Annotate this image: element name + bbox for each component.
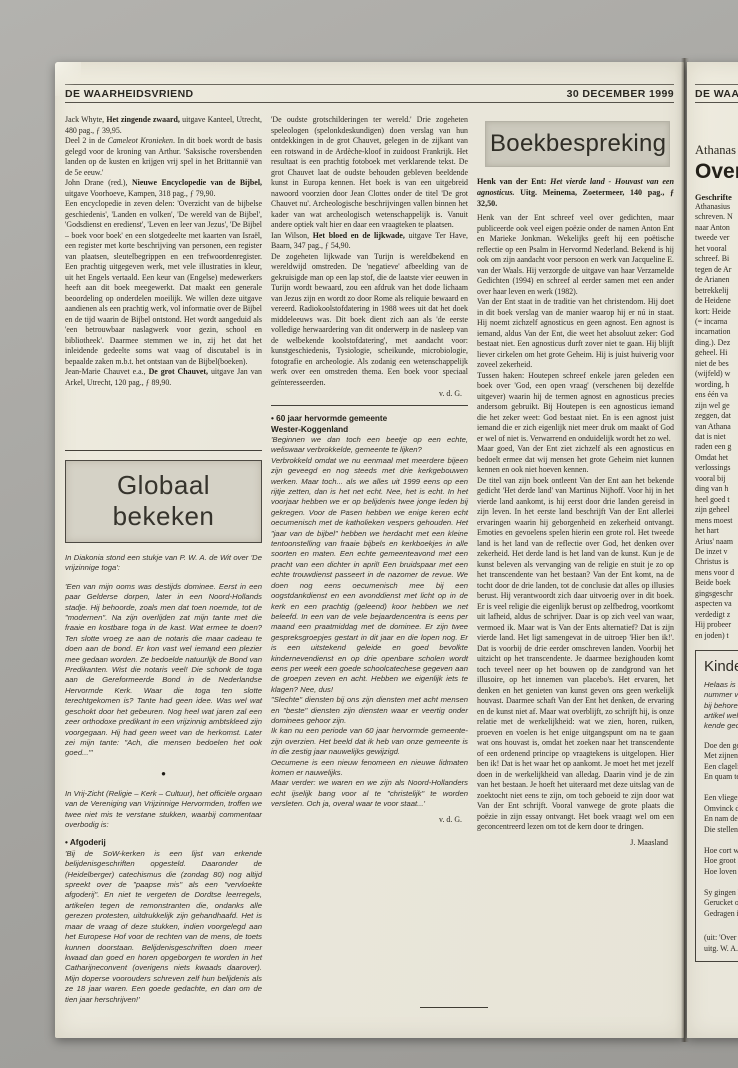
book-entry: Jean-Marie Chauvet e.a., De grot Chauvet…	[65, 367, 262, 388]
article-title-partial: Over	[695, 160, 738, 184]
column-layout: Jack Whyte, Het zingende zwaard, uitgave…	[65, 115, 674, 1005]
entry-author: Jack Whyte,	[65, 115, 106, 124]
globaal-between: In Vrij-Zicht (Religie – Kerk – Cultuur)…	[65, 789, 262, 831]
book-entry: Ian Wilson, Het bloed en de lijkwade, ui…	[271, 231, 468, 252]
kinder-box: Kinder-r Helaas is bi nummer van bij beh…	[695, 650, 738, 962]
reviewer-initials: v. d. G.	[271, 388, 468, 399]
column-whitespace	[65, 388, 262, 444]
dot-separator: ●	[65, 769, 262, 779]
review-paragraph: Een encyclopedie in zeven delen: 'Overzi…	[65, 199, 262, 367]
entry-author: John Drane (red.),	[65, 178, 132, 187]
entry-title: Het zingende zwaard,	[106, 115, 180, 124]
column-2: 'De oudste grotschilderingen ter wereld.…	[271, 115, 468, 1005]
issue-date: 30 DECEMBER 1999	[567, 88, 674, 100]
article-lead: Geschrifte	[695, 193, 738, 202]
review-paragraph: De zogeheten lijkwade van Turijn is were…	[271, 252, 468, 389]
review-body: Henk van der Ent schreef veel over gedic…	[477, 213, 674, 833]
gemeente-quote: 'Beginnen we dan toch een beetje op een …	[271, 435, 468, 810]
subsection-title-afgoderij: • Afgoderij	[65, 838, 262, 849]
article-overline: Athanas	[695, 143, 738, 158]
review-paragraph: 'De oudste grotschilderingen ter wereld.…	[271, 115, 468, 231]
reviewed-book-citation: Henk van der Ent: Het vierde land - Houv…	[477, 177, 674, 209]
book-author: Henk van der Ent:	[477, 177, 550, 186]
newspaper-page-left: DE WAARHEIDSVRIEND 30 DECEMBER 1999 Jack…	[55, 62, 684, 1038]
page2-column: Athanas Over Geschrifte Athanasius schre…	[695, 143, 738, 962]
poem-clipped: Doe den gec Met zijnen w Een clagelijc E…	[704, 741, 738, 920]
publication-title: DE WAARHEIDSVRIEND	[65, 88, 194, 100]
review-paragraph: Deel 2 in de Cameleot Kronieken. In dit …	[65, 136, 262, 178]
globaal-intro: In Diakonia stond een stukje van P. W. A…	[65, 553, 262, 574]
column-1: Jack Whyte, Het zingende zwaard, uitgave…	[65, 115, 262, 1005]
box-title-partial: Kinder-r	[704, 658, 738, 675]
page-header: DE WAARHEIDSVRIEND 30 DECEMBER 1999	[65, 84, 674, 103]
globaal-quote-1: 'Een van mijn ooms was destijds dominee.…	[65, 582, 262, 759]
magazine-name: Vrij-Zicht	[74, 789, 104, 798]
page-header: DE WAAR	[695, 84, 738, 103]
box-intro-clipped: Helaas is bi nummer van bij behorend art…	[704, 680, 738, 731]
section-divider-rule	[271, 405, 468, 406]
poem-source-clipped: (uit: 'Over Y uitg. W. A. P.	[704, 933, 738, 954]
article-end-rule	[420, 1007, 488, 1008]
entry-author: Ian Wilson,	[271, 231, 313, 240]
publication-title-partial: DE WAAR	[695, 88, 738, 100]
column-3: Boekbespreking Henk van der Ent: Het vie…	[477, 115, 674, 1005]
section-title: Boekbespreking	[490, 130, 666, 157]
magazine-name: Diakonia	[74, 553, 104, 562]
newspaper-page-right-partial: DE WAAR Athanas Over Geschrifte Athanasi…	[687, 62, 738, 1038]
entry-title: Het bloed en de lijkwade,	[313, 231, 405, 240]
reviewer-name: J. Maasland	[477, 837, 674, 848]
series-title: Cameleot Kronieken	[108, 136, 173, 145]
entry-title: Nieuwe Encyclopedie van de Bijbel,	[132, 178, 262, 187]
subsection-title-60-jaar: • 60 jaar hervormde gemeenteWester-Kogge…	[271, 414, 468, 435]
entry-imprint: uitgave Voorhoeve, Kampen, 318 pag., ƒ 7…	[65, 189, 215, 198]
globaal-bekeken-title-box: Globaal bekeken	[65, 460, 262, 543]
section-divider-rule	[65, 450, 262, 451]
globaal-quote-2: 'Bij de SoW-kerken is een lijst van erke…	[65, 849, 262, 1005]
section-title: Globaal bekeken	[113, 470, 215, 531]
boekbespreking-title-box: Boekbespreking	[485, 121, 670, 167]
book-entry: Jack Whyte, Het zingende zwaard, uitgave…	[65, 115, 262, 136]
entry-author: Jean-Marie Chauvet e.a.,	[65, 367, 149, 376]
book-entry: John Drane (red.), Nieuwe Encyclopedie v…	[65, 178, 262, 199]
scanned-newspaper-spread: DE WAARHEIDSVRIEND 30 DECEMBER 1999 Jack…	[0, 0, 738, 1068]
reviewer-initials: v. d. G.	[271, 814, 468, 825]
entry-title: De grot Chauvet,	[149, 367, 208, 376]
article-text-clipped: Athanasius schreven. N naar Anton tweede…	[695, 202, 738, 641]
